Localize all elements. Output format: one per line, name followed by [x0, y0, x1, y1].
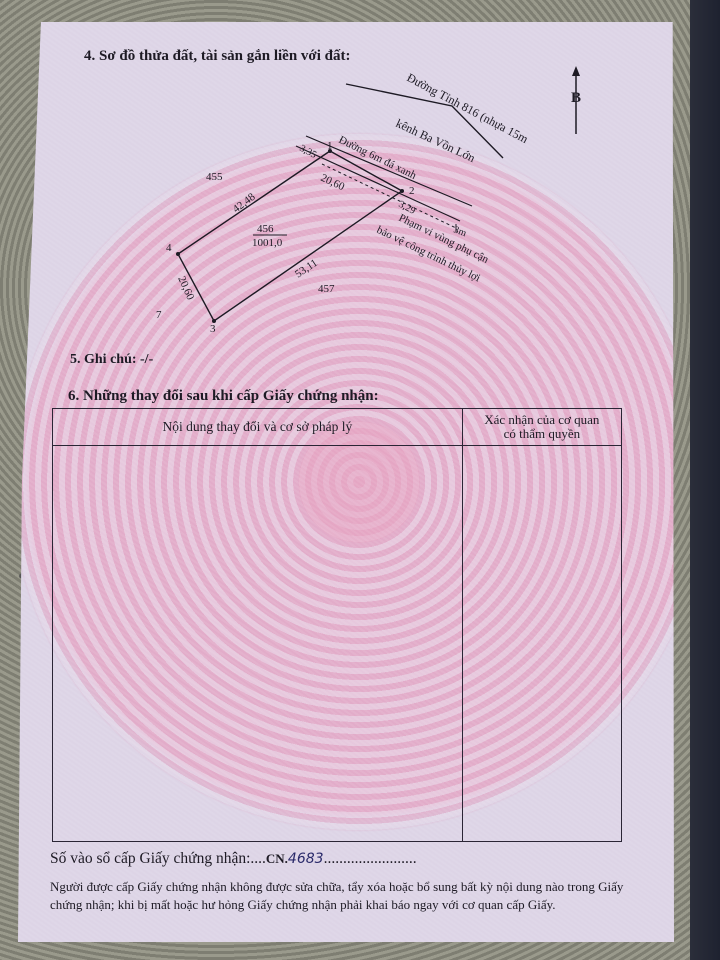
setback-dashed-line: [322, 164, 456, 228]
section-6-title: 6. Những thay đổi sau khi cấp Giấy chứng…: [68, 388, 379, 405]
header-authority-confirmation: Xác nhận của cơ quan có thẩm quyền: [462, 409, 621, 446]
header-change-content: Nội dung thay đổi và cơ sở pháp lý: [53, 409, 463, 446]
section-5-notes: 5. Ghi chú: -/-: [70, 352, 153, 368]
svg-text:4: 4: [166, 242, 172, 254]
neighbor-455: 455: [206, 171, 223, 183]
canal-label: kênh Ba Vồn Lớn: [394, 116, 478, 165]
svg-text:1: 1: [327, 140, 333, 152]
parcel-number: 456: [257, 223, 274, 235]
changes-table: Nội dung thay đổi và cơ sở pháp lý Xác n…: [52, 408, 622, 842]
svg-text:20,60: 20,60: [175, 274, 196, 302]
neighbor-7: 7: [156, 309, 162, 321]
north-arrow-icon: B: [571, 66, 581, 134]
legal-notice: Người được cấp Giấy chứng nhận không đượ…: [50, 878, 646, 914]
svg-text:2: 2: [409, 185, 415, 197]
svg-text:42,48: 42,48: [231, 191, 258, 216]
change-content-cell: [53, 446, 463, 842]
svg-text:53,11: 53,11: [293, 257, 320, 281]
parcel-area: 1001,0: [252, 237, 283, 249]
registration-number: 4683: [288, 851, 324, 867]
small-road-label: Đường 6m đá xanh: [337, 134, 419, 182]
svg-text:B: B: [571, 90, 581, 106]
authority-confirmation-cell: [462, 446, 621, 842]
neighbor-457: 457: [318, 283, 335, 295]
svg-text:20,60: 20,60: [319, 172, 347, 194]
registration-number-line: Số vào sổ cấp Giấy chứng nhận:....CN.468…: [50, 850, 417, 868]
svg-text:3: 3: [210, 323, 216, 335]
svg-text:3,35: 3,35: [298, 143, 319, 161]
